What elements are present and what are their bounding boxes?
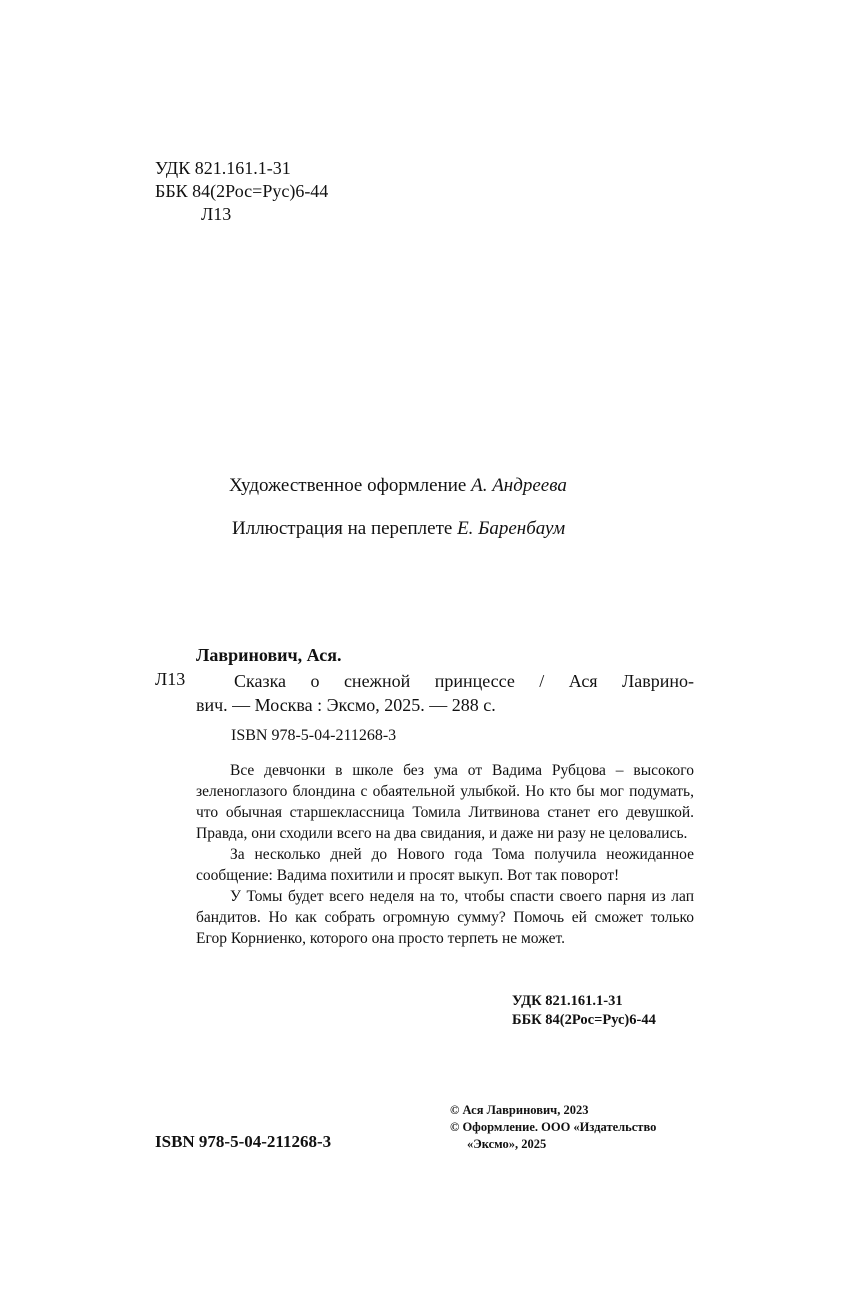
author-heading: Лавринович, Ася. — [196, 645, 341, 666]
author-sign: Л13 — [155, 203, 328, 226]
copyright-design: © Оформление. ООО «Издательство — [450, 1119, 656, 1136]
bibliographic-description: Сказка о снежной принцессе / Ася Лаврино… — [196, 669, 694, 717]
illustration-credit-label: Иллюстрация на переплете — [232, 518, 452, 539]
isbn-entry: ISBN 978-5-04-211268-3 — [231, 727, 396, 745]
annotation-paragraph: За несколько дней до Нового года Тома по… — [196, 844, 694, 886]
bottom-bbk-code: ББК 84(2Рос=Рус)6-44 — [512, 1011, 656, 1030]
design-credit-label: Художественное оформление — [229, 475, 466, 496]
copyright-author: © Ася Лавринович, 2023 — [450, 1102, 656, 1119]
illustration-credit-name: Е. Баренбаум — [457, 518, 565, 539]
bbk-code: ББК 84(2Рос=Рус)6-44 — [155, 180, 328, 203]
catalog-code: Л13 — [155, 669, 185, 690]
bottom-classification-codes: УДК 821.161.1-31 ББК 84(2Рос=Рус)6-44 — [512, 992, 656, 1030]
design-credit-name: А. Андреева — [471, 475, 567, 496]
isbn-footer: ISBN 978-5-04-211268-3 — [155, 1132, 331, 1152]
classification-codes: УДК 821.161.1-31 ББК 84(2Рос=Рус)6-44 Л1… — [155, 157, 328, 226]
design-credit: Художественное оформление А. Андреева — [229, 475, 567, 497]
bottom-udk-code: УДК 821.161.1-31 — [512, 992, 656, 1011]
copyright-block: © Ася Лавринович, 2023 © Оформление. ООО… — [450, 1102, 656, 1153]
udk-code: УДК 821.161.1-31 — [155, 157, 328, 180]
biblio-line-2: вич. — Москва : Эксмо, 2025. — 288 с. — [196, 693, 694, 717]
biblio-line-1: Сказка о снежной принцессе / Ася Лаврино… — [196, 669, 694, 693]
annotation-paragraph: У Томы будет всего неделя на то, чтобы с… — [196, 886, 694, 949]
annotation: Все девчонки в школе без ума от Вадима Р… — [196, 760, 694, 949]
copyright-design-cont: «Эксмо», 2025 — [450, 1136, 656, 1153]
annotation-paragraph: Все девчонки в школе без ума от Вадима Р… — [196, 760, 694, 844]
illustration-credit: Иллюстрация на переплете Е. Баренбаум — [232, 518, 565, 540]
